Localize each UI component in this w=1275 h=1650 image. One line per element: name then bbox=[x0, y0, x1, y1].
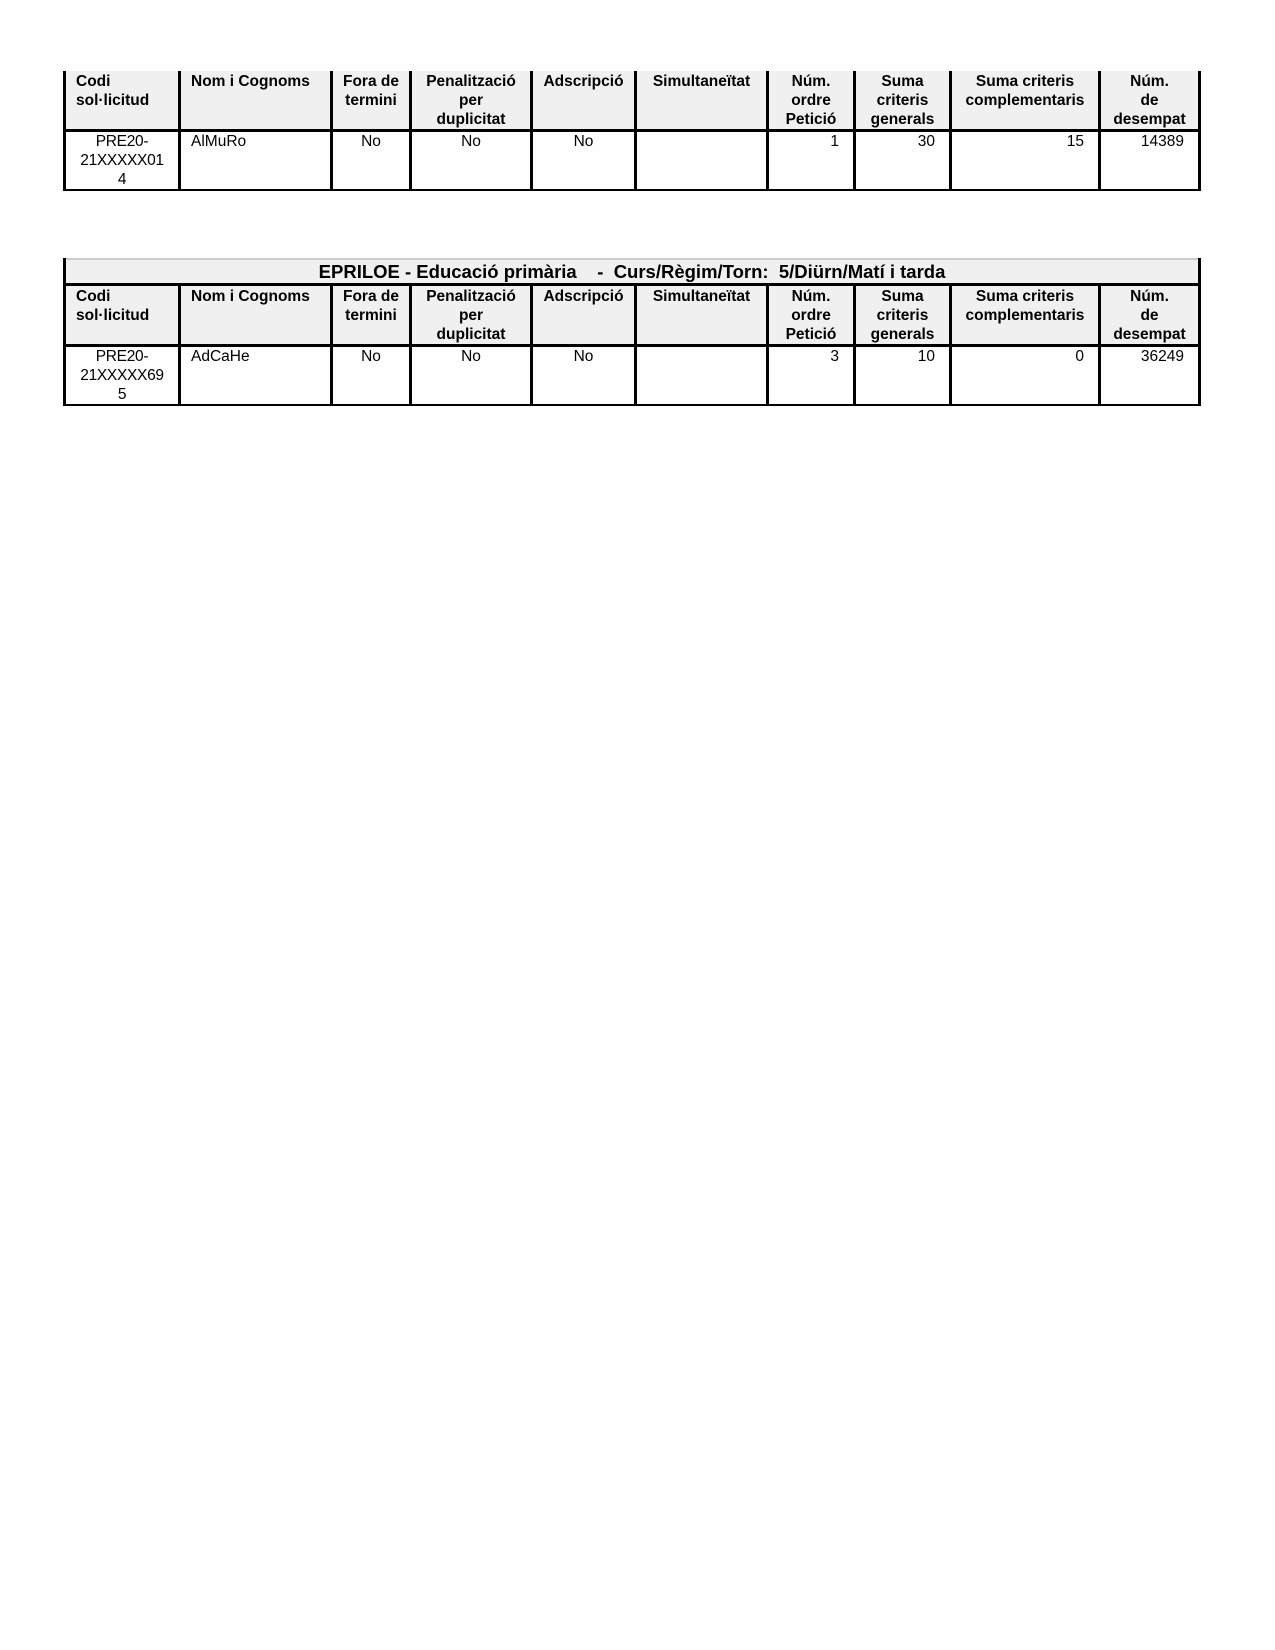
cell-num-desempat: 36249 bbox=[1100, 346, 1200, 406]
col-header-simultaneitat: Simultaneïtat bbox=[636, 285, 768, 346]
cell-penalitzacio: No bbox=[411, 131, 532, 191]
cell-suma-generals: 30 bbox=[855, 131, 951, 191]
col-header-suma-complementaris: Suma criteriscomplementaris bbox=[951, 285, 1100, 346]
col-header-codi: Codisol·licitud bbox=[65, 285, 180, 346]
cell-suma-generals: 10 bbox=[855, 346, 951, 406]
cell-suma-complementaris: 0 bbox=[951, 346, 1100, 406]
col-header-num-ordre: Núm.ordrePetició bbox=[768, 71, 855, 131]
header-row: Codisol·licitud Nom i Cognoms Fora deter… bbox=[65, 285, 1200, 346]
col-header-fora-termini: Fora determini bbox=[332, 285, 411, 346]
cell-simultaneitat bbox=[636, 346, 768, 406]
admission-table-2: EPRILOE - Educació primària - Curs/Règim… bbox=[63, 258, 1201, 406]
cell-num-ordre: 1 bbox=[768, 131, 855, 191]
col-header-simultaneitat: Simultaneïtat bbox=[636, 71, 768, 131]
cell-simultaneitat bbox=[636, 131, 768, 191]
table-row: PRE20-21XXXXX014 AlMuRo No No No 1 30 15… bbox=[65, 131, 1200, 191]
col-header-suma-generals: Sumacriterisgenerals bbox=[855, 71, 951, 131]
col-header-suma-complementaris: Suma criteriscomplementaris bbox=[951, 71, 1100, 131]
cell-suma-complementaris: 15 bbox=[951, 131, 1100, 191]
cell-nom: AdCaHe bbox=[180, 346, 332, 406]
cell-nom: AlMuRo bbox=[180, 131, 332, 191]
col-header-penalitzacio: Penalitzacióperduplicitat bbox=[411, 71, 532, 131]
col-header-num-desempat: Núm.dedesempat bbox=[1100, 71, 1200, 131]
table-title: EPRILOE - Educació primària - Curs/Règim… bbox=[65, 259, 1200, 285]
cell-penalitzacio: No bbox=[411, 346, 532, 406]
cell-fora-termini: No bbox=[332, 131, 411, 191]
col-header-penalitzacio: Penalitzacióperduplicitat bbox=[411, 285, 532, 346]
col-header-adscripcio: Adscripció bbox=[532, 71, 636, 131]
table-row: PRE20-21XXXXX695 AdCaHe No No No 3 10 0 … bbox=[65, 346, 1200, 406]
col-header-codi: Codisol·licitud bbox=[65, 71, 180, 131]
cell-codi: PRE20-21XXXXX695 bbox=[65, 346, 180, 406]
cell-fora-termini: No bbox=[332, 346, 411, 406]
col-header-fora-termini: Fora determini bbox=[332, 71, 411, 131]
cell-codi: PRE20-21XXXXX014 bbox=[65, 131, 180, 191]
cell-num-ordre: 3 bbox=[768, 346, 855, 406]
cell-adscripcio: No bbox=[532, 346, 636, 406]
table-title-row: EPRILOE - Educació primària - Curs/Règim… bbox=[65, 259, 1200, 285]
col-header-num-ordre: Núm.ordrePetició bbox=[768, 285, 855, 346]
col-header-adscripcio: Adscripció bbox=[532, 285, 636, 346]
cell-adscripcio: No bbox=[532, 131, 636, 191]
col-header-nom: Nom i Cognoms bbox=[180, 285, 332, 346]
admission-table-1: Codisol·licitud Nom i Cognoms Fora deter… bbox=[63, 71, 1201, 191]
col-header-suma-generals: Sumacriterisgenerals bbox=[855, 285, 951, 346]
col-header-num-desempat: Núm.dedesempat bbox=[1100, 285, 1200, 346]
header-row: Codisol·licitud Nom i Cognoms Fora deter… bbox=[65, 71, 1200, 131]
col-header-nom: Nom i Cognoms bbox=[180, 71, 332, 131]
cell-num-desempat: 14389 bbox=[1100, 131, 1200, 191]
